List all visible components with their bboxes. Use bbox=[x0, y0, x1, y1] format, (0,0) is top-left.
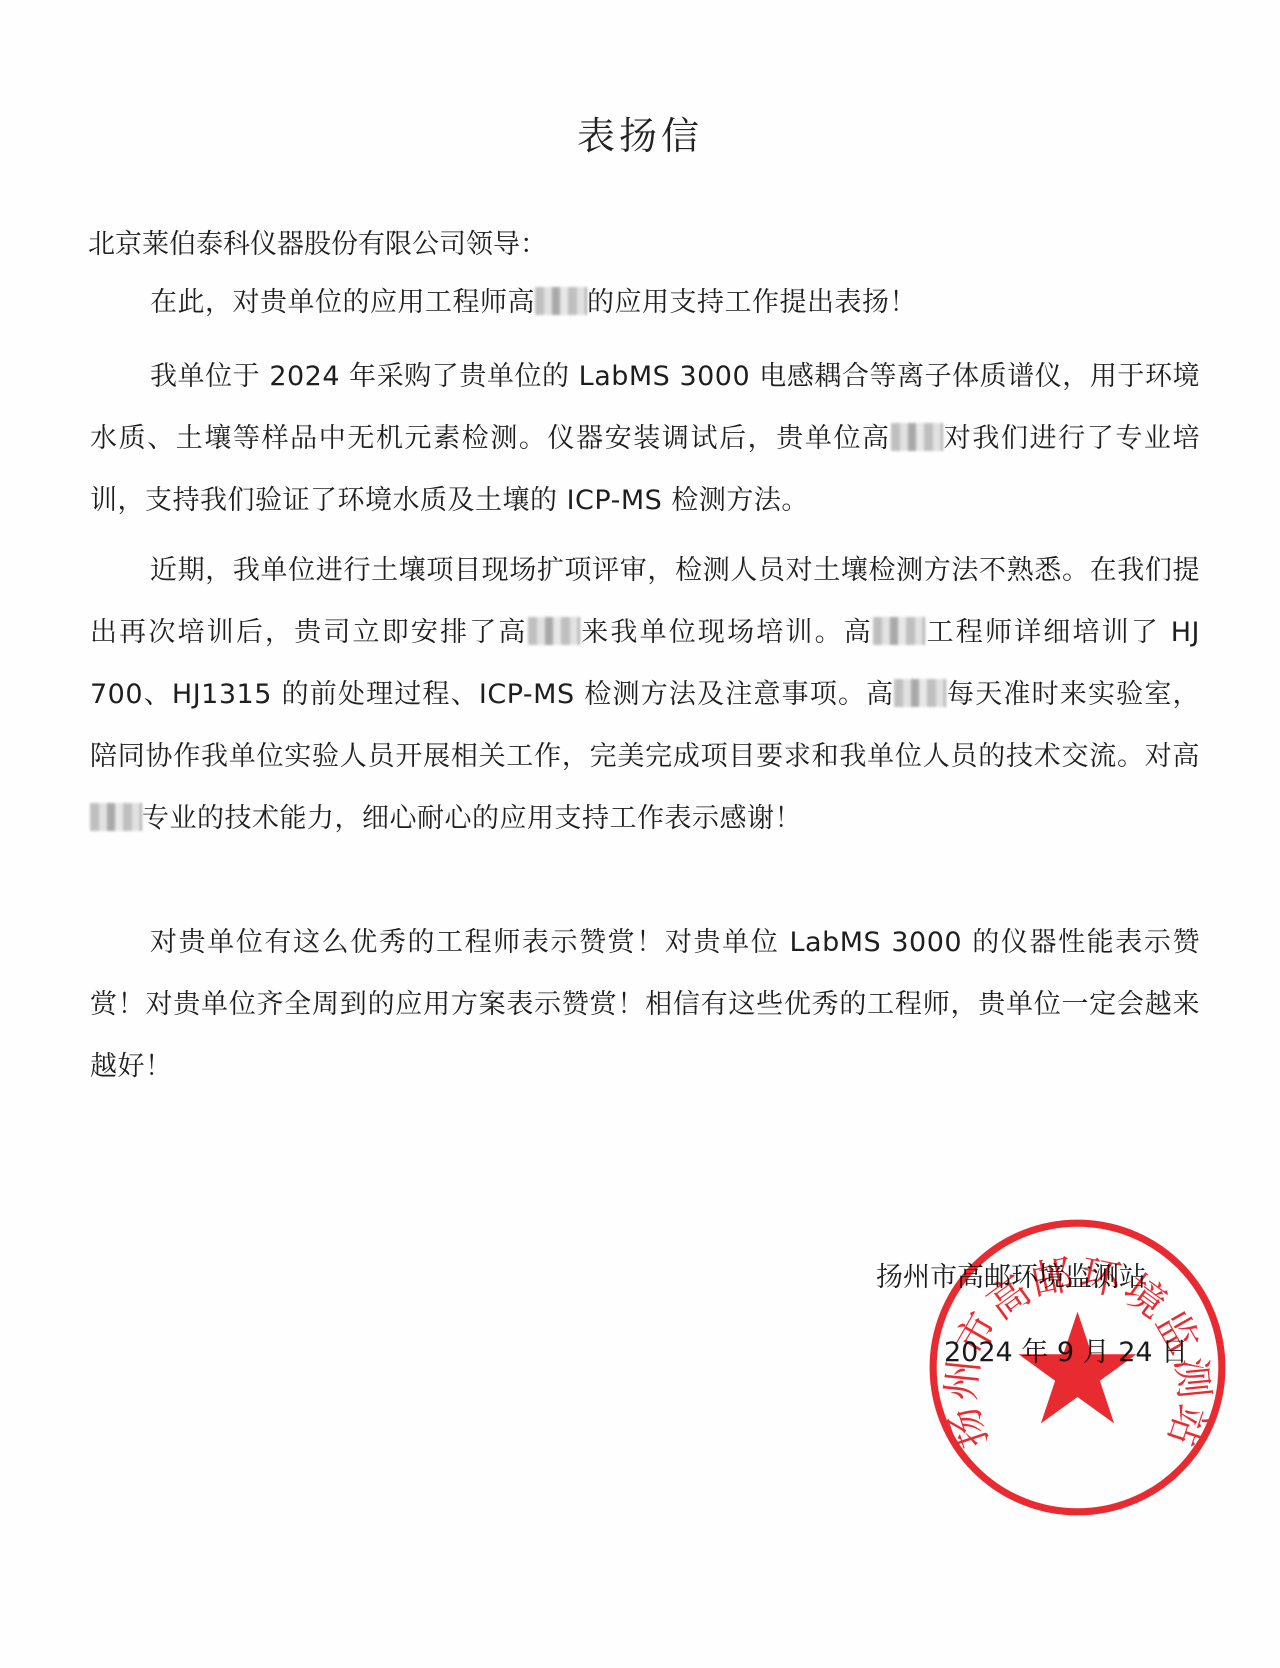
official-seal-icon: 扬州市高邮环境监测站 bbox=[925, 1215, 1230, 1520]
redacted-name bbox=[891, 423, 943, 451]
paragraph-text: 专业的技术能力，细心耐心的应用支持工作表示感谢！ bbox=[142, 803, 802, 834]
salutation: 北京莱伯泰科仪器股份有限公司领导： bbox=[88, 222, 547, 261]
redacted-name bbox=[90, 803, 142, 831]
redacted-name bbox=[873, 617, 925, 645]
paragraph-text: 在此，对贵单位的应用工程师高 bbox=[150, 287, 535, 318]
redacted-name bbox=[535, 287, 587, 315]
paragraph-2: 我单位于 2024 年采购了贵单位的 LabMS 3000 电感耦合等离子体质谱… bbox=[90, 346, 1200, 532]
redacted-name bbox=[528, 617, 580, 645]
letter-page: 表扬信 北京莱伯泰科仪器股份有限公司领导： 在此，对贵单位的应用工程师高的应用支… bbox=[0, 0, 1280, 1668]
paragraph-3: 近期，我单位进行土壤项目现场扩项评审，检测人员对土壤检测方法不熟悉。在我们提出再… bbox=[90, 540, 1200, 850]
paragraph-4: 对贵单位有这么优秀的工程师表示赞赏！对贵单位 LabMS 3000 的仪器性能表… bbox=[90, 912, 1200, 1098]
paragraph-text: 的应用支持工作提出表扬！ bbox=[587, 287, 917, 318]
paragraph-text: 对贵单位有这么优秀的工程师表示赞赏！对贵单位 LabMS 3000 的仪器性能表… bbox=[90, 927, 1200, 1082]
paragraph-text: 来我单位现场培训。高 bbox=[580, 617, 873, 648]
paragraph-1: 在此，对贵单位的应用工程师高的应用支持工作提出表扬！ bbox=[90, 272, 1200, 334]
letter-title: 表扬信 bbox=[0, 105, 1280, 160]
redacted-name bbox=[894, 679, 946, 707]
